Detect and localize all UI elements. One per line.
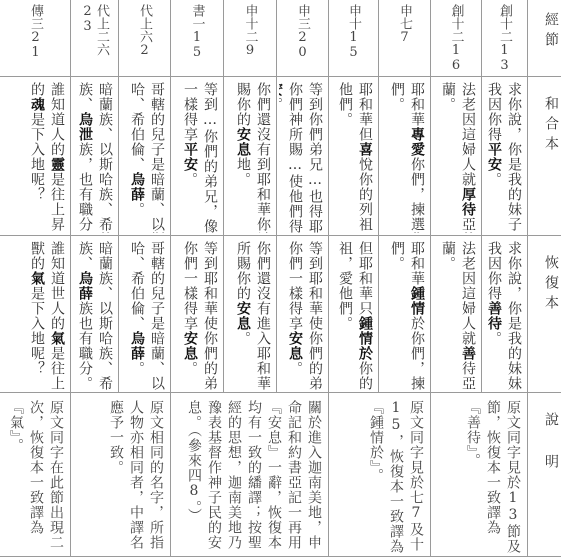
verse-reference: 代上二六23 (70, 4, 118, 74)
union-text: 求你說，你是我的妹子，使 我因你得平安。 (484, 82, 524, 233)
verse-reference: 申十二9 (223, 4, 276, 74)
comparison-table: 經節和合本恢復本說 明創十二13求你說，你是我的妹子，使 我因你得平安。求你說，… (0, 0, 561, 557)
row-label-union: 和合本 (535, 96, 561, 235)
union-text: 誰知道人的靈是往上昇，獸 的魂是下入地呢？ (3, 82, 67, 233)
union-text: 哥轄的兒子是暗蘭、以斯 哈、希伯倫、烏薛。 (121, 82, 167, 233)
grid-line (170, 392, 171, 557)
recovery-text: 求你說，你是我的妹妹，使 我因你得善待。 (484, 241, 524, 390)
note-text: 原文同字見於七7及十 15，恢復本一致譯為 『鍾情於』。 (332, 400, 426, 553)
row-label-recovery: 恢復本 (535, 255, 561, 392)
union-text: 等到你們弟兄…也得耶和華 你們神所賜…使他們得享平 安。 (279, 82, 325, 233)
recovery-text: 暗蘭族、以斯哈族、希伯倫 族、烏薛族也有職分。 (73, 241, 115, 390)
row-label-ref: 經節 (535, 12, 561, 68)
union-text: 暗蘭族、以斯哈族、希伯倫 族、烏泄族，也有職分。 (73, 82, 115, 233)
note-text: 原文相同的名字，所指 人物亦相同者，中譯名 應予一致。 (74, 400, 166, 553)
recovery-text: 你們還沒有進入耶和華你神 所賜你的安息。 (226, 241, 273, 390)
verse-reference: 傳三21 (0, 4, 70, 74)
verse-reference: 申十15 (328, 4, 378, 74)
union-text: 你們還沒有到耶和華你神所 賜你的安息地。 (226, 82, 273, 233)
grid-line (0, 76, 561, 77)
note-text: 原文同字見於13節及16 節，恢復本一致譯為 『善待』。 (434, 400, 523, 553)
recovery-text: 但耶和華只鍾情於你的列 祖，愛他們。 (331, 241, 375, 390)
verse-reference: 申七7 (378, 4, 430, 74)
union-text: 耶和華但喜悅你的列祖，愛 他們。 (331, 82, 375, 233)
verse-reference: 申三20 (276, 4, 328, 74)
recovery-text: 等到耶和華使你們的弟兄像 你們一樣得享安息。 (279, 241, 325, 390)
grid-line (527, 392, 528, 557)
union-text: 法老因這婦人就厚待亞伯 蘭。 (433, 82, 478, 233)
recovery-text: 耶和華鍾情於你們，揀選你 們。 (381, 241, 427, 390)
recovery-text: 等到耶和華使你們的弟兄像 你們一樣得享安息。 (173, 241, 220, 390)
recovery-text: 哥轄的兒子是暗蘭、以斯 哈、希伯倫、烏薛。 (121, 241, 167, 390)
recovery-text: 法老因這婦人就善待亞伯 蘭。 (433, 241, 478, 390)
verse-reference: 書一15 (170, 4, 223, 74)
verse-reference: 創十二16 (430, 4, 481, 74)
grid-line (0, 392, 561, 393)
grid-line (430, 392, 431, 557)
union-text: 等到…你們的弟兄，像你們 一樣得享平安。 (173, 82, 220, 233)
grid-line (328, 392, 329, 557)
note-text: 原文同字在此節出現二 次，恢復本一致譯為 『氣』。 (4, 400, 66, 553)
verse-reference: 代上六2 (118, 4, 170, 74)
note-text: 關於進入迦南美地，申 命記和約書亞記一再用 『安息』一辭，恢復本 均有一致的繙譯… (174, 400, 324, 553)
verse-reference: 創十二13 (481, 4, 527, 74)
grid-line (527, 0, 528, 392)
recovery-text: 誰知道世人的氣是往上升， 獸的氣是下入地呢？ (3, 241, 67, 390)
grid-line (70, 392, 71, 557)
row-label-note: 說 明 (535, 412, 561, 557)
union-text: 耶和華專愛你們，揀選你 們。 (381, 82, 427, 233)
grid-line (0, 235, 561, 236)
